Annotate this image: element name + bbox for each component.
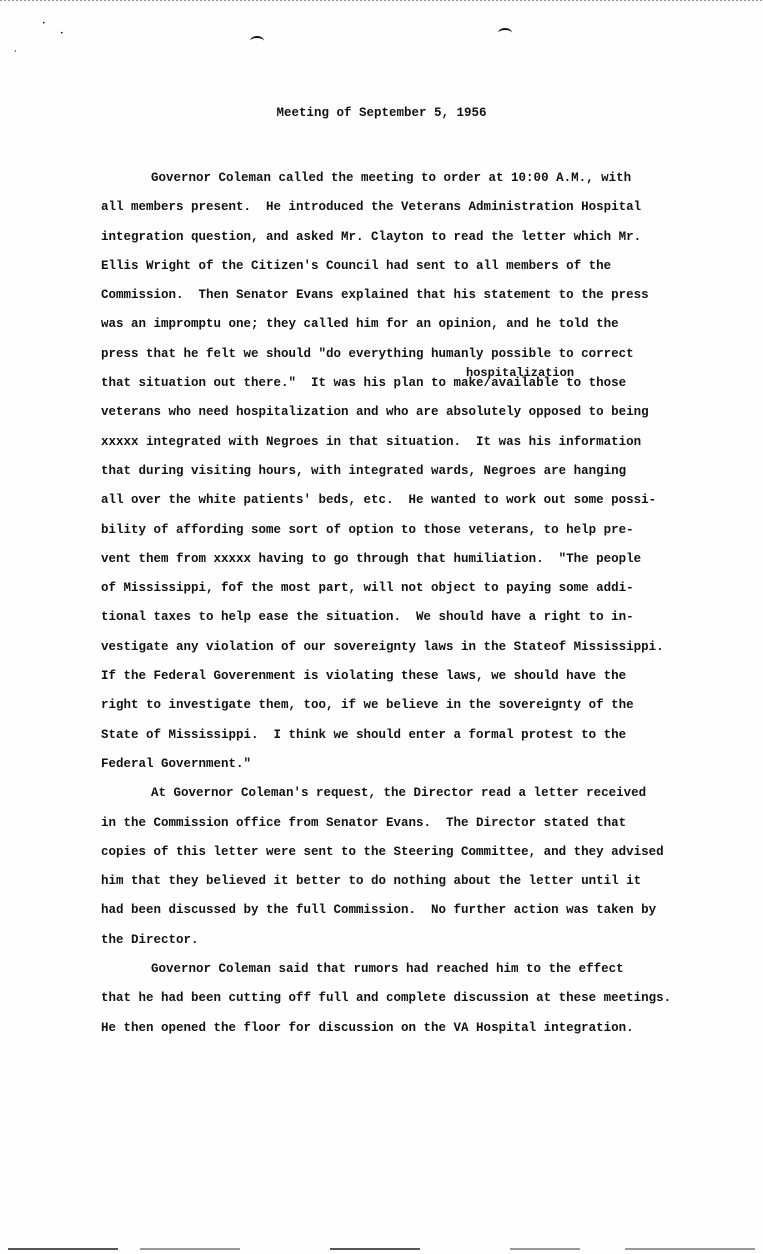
text-line: of Mississippi, fof the most part, will … [101,578,681,607]
text-line: If the Federal Goverenment is violating … [101,666,681,695]
text-line: Federal Government." [101,754,681,783]
text-line: all members present. He introduced the V… [101,197,681,226]
text-line: Governor Coleman called the meeting to o… [101,168,681,197]
text-line: all over the white patients' beds, etc. … [101,490,681,519]
text-line: had been discussed by the full Commissio… [101,900,681,929]
text-line: copies of this letter were sent to the S… [101,842,681,871]
text-line: that situation out there." It was his pl… [101,373,681,402]
scan-edge-bottom [625,1248,755,1250]
text-line: xxxxx integrated with Negroes in that si… [101,432,681,461]
paragraph-1: Governor Coleman called the meeting to o… [101,168,681,783]
text-line: that during visiting hours, with integra… [101,461,681,490]
scan-edge-bottom [330,1248,420,1250]
scan-edge [0,0,763,1]
document-page: • • , Meeting of September 5, 1956 Gover… [0,0,763,1254]
interlinear-insertion: hospitalization [466,366,574,380]
scan-edge-bottom [8,1248,118,1250]
paragraph-3: Governor Coleman said that rumors had re… [101,959,681,1047]
scan-speck: , [14,44,17,53]
scan-arc-mark [250,36,264,46]
text-line: bility of affording some sort of option … [101,520,681,549]
text-line: right to investigate them, too, if we be… [101,695,681,724]
text-line: that he had been cutting off full and co… [101,988,681,1017]
scan-speck: • [42,20,46,27]
scan-edge-bottom [510,1248,580,1250]
text-line: veterans who need hospitalization and wh… [101,402,681,431]
text-line: At Governor Coleman's request, the Direc… [101,783,681,812]
text-line: was an impromptu one; they called him fo… [101,314,681,343]
scan-arc-mark [498,28,512,38]
document-title: Meeting of September 5, 1956 [0,106,763,120]
text-line: press that he felt we should "do everyth… [101,344,681,373]
text-line: Commission. Then Senator Evans explained… [101,285,681,314]
text-line: Governor Coleman said that rumors had re… [101,959,681,988]
text-line: vent them from xxxxx having to go throug… [101,549,681,578]
text-line: He then opened the floor for discussion … [101,1018,681,1047]
document-body: Governor Coleman called the meeting to o… [101,168,681,1047]
text-line: vestigate any violation of our sovereign… [101,637,681,666]
text-line: him that they believed it better to do n… [101,871,681,900]
text-line: the Director. [101,930,681,959]
text-line: integration question, and asked Mr. Clay… [101,227,681,256]
text-line: in the Commission office from Senator Ev… [101,813,681,842]
text-line: tional taxes to help ease the situation.… [101,607,681,636]
text-line: Ellis Wright of the Citizen's Council ha… [101,256,681,285]
scan-speck: • [60,30,64,37]
paragraph-2: At Governor Coleman's request, the Direc… [101,783,681,959]
scan-edge-bottom [140,1248,240,1250]
text-line: State of Mississippi. I think we should … [101,725,681,754]
